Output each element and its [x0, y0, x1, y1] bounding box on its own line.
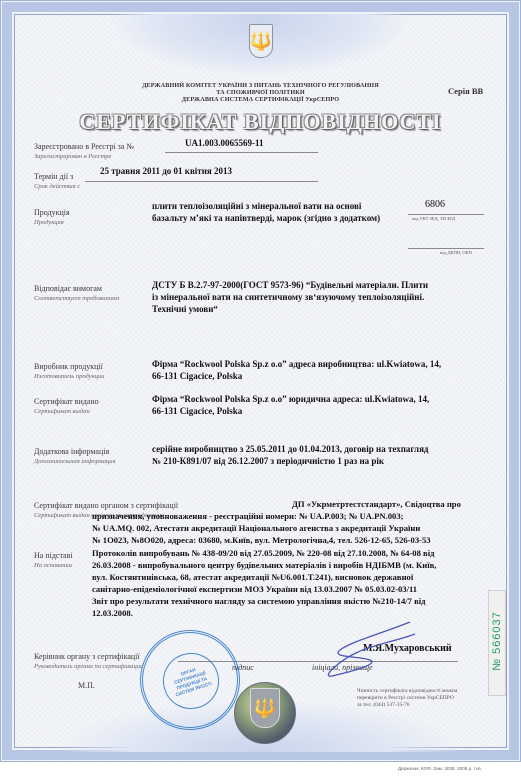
- compliance-line-2: із мінеральної вати на синтетичному зв‘я…: [152, 292, 424, 304]
- signature-scribble: [310, 620, 420, 680]
- issuer-body-line-2: № UA.MQ. 002, Атестати акредитації Націо…: [92, 523, 420, 535]
- document-title: СЕРТИФІКАТ ВІДПОВІДНОСТІ: [0, 109, 521, 135]
- certificate-sheet: 🔱 ДЕРЖАВНИЙ КОМІТЕТ УКРАЇНИ З ПИТАНЬ ТЕХ…: [0, 0, 521, 762]
- trident-hologram-icon: 🔱: [250, 688, 280, 728]
- issuer-body-line-1: призначення, уповноваження - реєстраційн…: [92, 511, 404, 523]
- registration-label-ru: Зарегистрирован в Реестре: [34, 153, 111, 160]
- print-note: Держзнак. КОФ. Зам. 3038. 2009 р. І кв.: [398, 766, 482, 771]
- additional-info-label-ru: Дополнительная информация: [34, 458, 115, 465]
- basis-line-4: санітарно-епідеміологічної експертизи МО…: [92, 584, 417, 596]
- product-line-2: базальту м’які та напівтверді, марок (зг…: [152, 213, 380, 225]
- basis-line-3: вул. Костянтинівська, 68, атестат акреди…: [92, 572, 413, 584]
- verification-line-1: Чинність сертифіката відповідності можна: [357, 688, 457, 695]
- issued-to-label-ru: Сертификат выдан: [34, 408, 90, 415]
- manufacturer-line-1: Фірма “Rockwool Polska Sp.z o.o” адреса …: [152, 359, 441, 371]
- basis-label: На підставі: [34, 551, 73, 560]
- basis-line-1: Протоколів випробувань № 438-09/20 від 2…: [92, 548, 434, 560]
- product-code-underline: [408, 214, 484, 215]
- basis-label-ru: На основании: [34, 562, 72, 569]
- validity-label-ru: Срок действия с: [34, 183, 80, 190]
- dkpp-underline: [408, 248, 484, 249]
- product-label-ru: Продукция: [34, 219, 64, 226]
- additional-info-line-2: № 210-К891/07 від 26.12.2007 з періодичн…: [152, 456, 384, 468]
- manufacturer-label-ru: Изготовитель продукции: [34, 373, 104, 380]
- series-label: Серія ВВ: [448, 86, 483, 96]
- additional-info-line-1: серійне виробництво з 25.05.2011 до 01.0…: [152, 444, 429, 456]
- issuer-body-line-3: № 1О023, №8О020, адреса: 03680, м.Київ, …: [92, 535, 431, 547]
- manufacturer-label: Виробник продукції: [34, 362, 103, 371]
- head-label-ru: Руководитель органа по сертификации: [34, 663, 143, 670]
- verification-line-2: перевірити в Реєстрі системи УкрСЕПРО: [357, 695, 457, 702]
- product-line-1: плити теплоізоляційні з мінеральної вати…: [152, 201, 361, 213]
- seal-place-label: М.П.: [78, 681, 95, 690]
- issued-to-line-2: 66-131 Cigacice, Polska: [152, 406, 242, 418]
- serial-number-strip: № 566037: [488, 590, 506, 696]
- validity-label: Термін дії з: [34, 172, 73, 181]
- issued-to-label: Сертифікат видано: [34, 397, 99, 406]
- head-label: Керівник органу з сертифікації: [34, 652, 140, 661]
- additional-info-label: Додаткова інформація: [34, 447, 109, 456]
- issued-to-line-1: Фірма “Rockwool Polska Sp.z o.o” юридичн…: [152, 394, 429, 406]
- official-stamp: ОРГАН СЕРТИФІКАЦІЇ ПРОДУКЦІЇ ТА СИСТЕМ Я…: [140, 630, 240, 730]
- serial-number: № 566037: [491, 593, 503, 689]
- basis-line-2: 26.03.2008 - випробувального центру буді…: [92, 560, 436, 572]
- compliance-label: Відповідає вимогам: [34, 284, 102, 293]
- product-code: 6806: [425, 199, 445, 211]
- compliance-line-3: Технічні умови“: [152, 304, 218, 316]
- compliance-line-1: ДСТУ Б В.2.7-97-2000(ГОСТ 9573-96) “Буді…: [152, 280, 428, 292]
- product-code-caption: код УКТ ЗЕД, ТН ЗЕД: [412, 216, 455, 221]
- issuer-authority-line1: ДЕРЖАВНИЙ КОМІТЕТ УКРАЇНИ З ПИТАНЬ ТЕХНІ…: [0, 82, 521, 89]
- certification-system: ДЕРЖАВНА СИСТЕМА СЕРТИФІКАЦІЇ УкрСЕПРО: [0, 96, 521, 103]
- validity-period: 25 травня 2011 до 01 квітня 2013: [100, 166, 232, 178]
- registration-underline: [165, 152, 318, 153]
- stamp-text: ОРГАН СЕРТИФІКАЦІЇ ПРОДУКЦІЇ ТА СИСТЕМ Я…: [156, 646, 227, 717]
- validity-underline: [85, 181, 318, 182]
- dkpp-caption: код ДКПП, ОКП: [440, 250, 472, 255]
- basis-line-5: Звіт про результати технічного нагляду з…: [92, 596, 426, 608]
- trident-icon: 🔱: [249, 24, 273, 58]
- manufacturer-line-2: 66-131 Cigacice, Polska: [152, 371, 242, 383]
- issuer-body-line-0: ДП «Укрметртестстандарт», Свідоцтва про: [292, 499, 461, 511]
- registration-label: Зареєстровано в Реєстрі за №: [34, 142, 134, 151]
- compliance-label-ru: Соответствует требованиям: [34, 295, 119, 302]
- basis-line-6: 12.03.2008.: [92, 608, 133, 620]
- verification-note: Чинність сертифіката відповідності можна…: [357, 688, 457, 709]
- verification-line-3: за тел. (044) 537-35-76: [357, 702, 457, 709]
- product-label: Продукція: [34, 208, 70, 217]
- issuer-body-label: Сертифікат видано органом з сертифікації: [34, 501, 178, 510]
- registration-number: UA1.003.0065569-11: [185, 138, 264, 150]
- issuer-authority-line2: ТА СПОЖИВЧОЇ ПОЛІТИКИ: [0, 89, 521, 96]
